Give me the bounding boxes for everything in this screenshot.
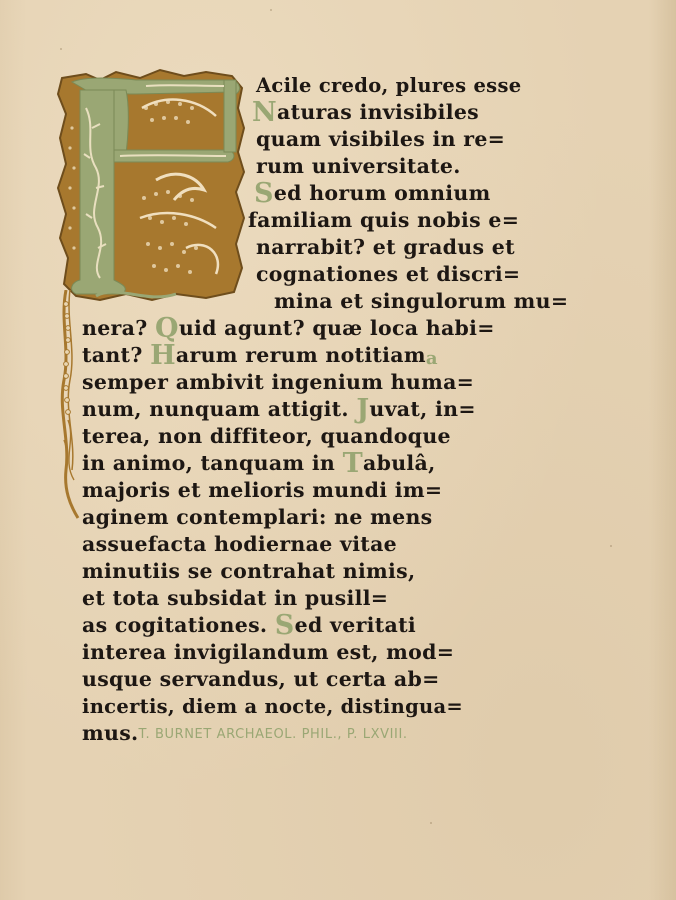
citation: T. BURNET ARCHAEOL. PHIL., P. LXVIII. bbox=[138, 727, 407, 742]
illuminated-initial-f bbox=[56, 68, 246, 306]
text-line: quam visibiles in re= bbox=[256, 126, 505, 153]
text-line: familiam quis nobis e= bbox=[248, 207, 519, 234]
text-line: rum universitate. bbox=[256, 153, 461, 180]
dragon-ornament-icon bbox=[56, 68, 246, 306]
text-line: mus.T. BURNET ARCHAEOL. PHIL., P. LXVIII… bbox=[82, 720, 408, 747]
text-line: semper ambivit ingenium huma= bbox=[82, 369, 474, 396]
text-line: as cogitationes. Sed veritati bbox=[82, 612, 416, 639]
paper-speck bbox=[270, 9, 272, 11]
text-line: narrabit? et gradus et bbox=[256, 234, 515, 261]
text-line: Acile credo, plures esse bbox=[256, 72, 521, 99]
green-capital: T bbox=[343, 454, 363, 474]
text-line: interea invigilandum est, mod= bbox=[82, 639, 454, 666]
green-capital: J bbox=[356, 400, 369, 420]
text-line: nera? Quid agunt? quæ loca habi= bbox=[82, 315, 495, 342]
text-line: Sed horum omnium bbox=[254, 180, 491, 207]
paper-speck bbox=[60, 48, 62, 50]
text-line: incertis, diem a nocte, distingua= bbox=[82, 693, 463, 720]
text-line: et tota subsidat in pusill= bbox=[82, 585, 388, 612]
paper-speck bbox=[610, 545, 612, 547]
text-line: usque servandus, ut certa ab= bbox=[82, 666, 440, 693]
text-line: majoris et melioris mundi im= bbox=[82, 477, 442, 504]
text-line: Naturas invisibiles bbox=[252, 99, 479, 126]
text-line: minutiis se contrahat nimis, bbox=[82, 558, 415, 585]
text-line: tant? Harum rerum notitiama bbox=[82, 342, 438, 369]
text-line: aginem contemplari: ne mens bbox=[82, 504, 433, 531]
text-line: terea, non diffiteor, quandoque bbox=[82, 423, 451, 450]
paper-speck bbox=[430, 822, 432, 824]
text-line: mina et singulorum mu= bbox=[274, 288, 568, 315]
green-capital: N bbox=[252, 103, 277, 123]
green-capital: S bbox=[254, 184, 274, 204]
text-line: cognationes et discri= bbox=[256, 261, 520, 288]
green-capital: Q bbox=[155, 319, 179, 339]
green-capital: H bbox=[150, 346, 176, 366]
text-line: assuefacta hodiernae vitae bbox=[82, 531, 397, 558]
green-capital: S bbox=[275, 616, 295, 636]
text-line: in animo, tanquam in Tabulâ, bbox=[82, 450, 436, 477]
green-ligature: a bbox=[426, 349, 438, 369]
manuscript-page: Acile credo, plures esse Naturas invisib… bbox=[0, 0, 676, 900]
text-line: num, nunquam attigit. Juvat, in= bbox=[82, 396, 476, 423]
